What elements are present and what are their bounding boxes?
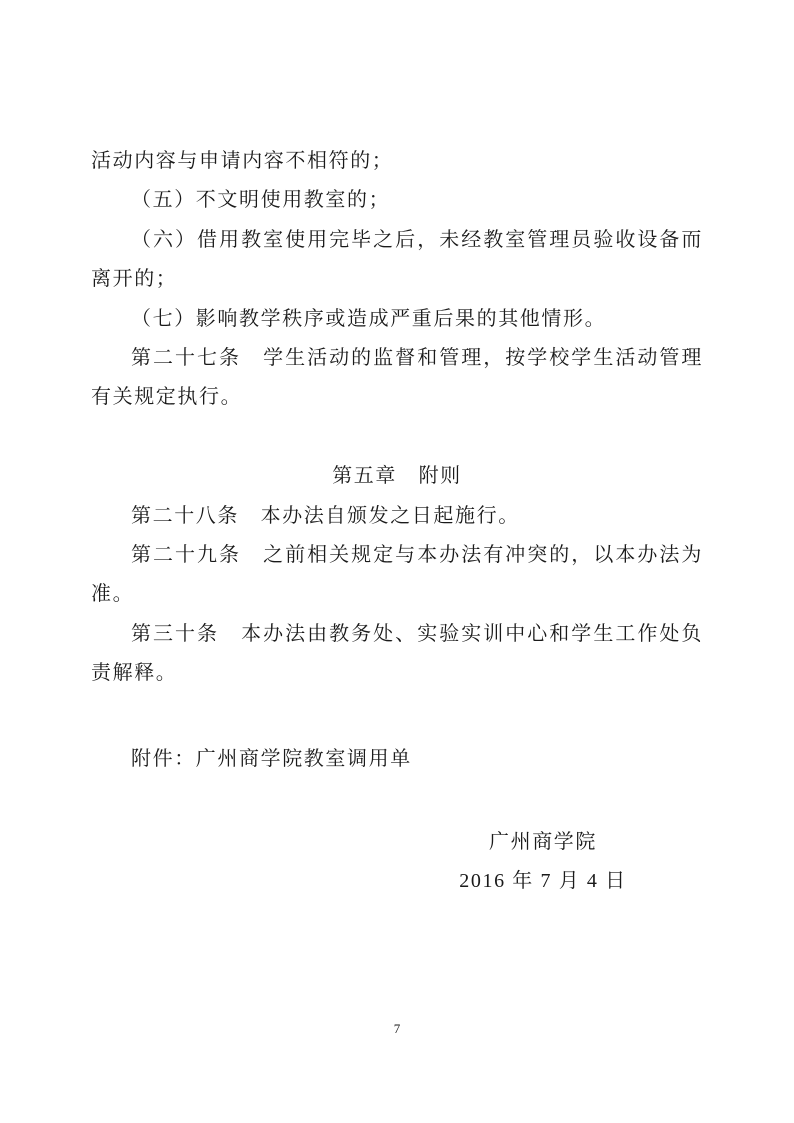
- blank-line: [91, 418, 703, 457]
- paragraph-continuation: 活动内容与申请内容不相符的；: [91, 142, 703, 181]
- blank-line: [91, 694, 703, 740]
- list-item-7: （七）影响教学秩序或造成严重后果的其他情形。: [91, 300, 703, 339]
- document-page: 活动内容与申请内容不相符的； （五）不文明使用教室的； （六）借用教室使用完毕之…: [0, 0, 794, 1123]
- signature-date: 2016 年 7 月 4 日: [393, 862, 693, 901]
- list-item-6: （六）借用教室使用完毕之后，未经教室管理员验收设备而离开的；: [91, 221, 703, 300]
- article-27: 第二十七条 学生活动的监督和管理，按学校学生活动管理有关规定执行。: [91, 339, 703, 418]
- article-28: 第二十八条 本办法自颁发之日起施行。: [91, 497, 703, 536]
- attachment-note: 附件：广州商学院教室调用单: [91, 740, 703, 779]
- blank-line: [91, 779, 703, 823]
- document-body: 活动内容与申请内容不相符的； （五）不文明使用教室的； （六）借用教室使用完毕之…: [91, 142, 703, 902]
- signature-organization: 广州商学院: [393, 823, 693, 862]
- signature-block: 广州商学院 2016 年 7 月 4 日: [393, 823, 693, 902]
- article-29: 第二十九条 之前相关规定与本办法有冲突的，以本办法为准。: [91, 536, 703, 615]
- page-number: 7: [0, 1020, 794, 1038]
- list-item-5: （五）不文明使用教室的；: [91, 181, 703, 220]
- chapter-5-heading: 第五章 附则: [91, 457, 703, 496]
- article-30: 第三十条 本办法由教务处、实验实训中心和学生工作处负责解释。: [91, 615, 703, 694]
